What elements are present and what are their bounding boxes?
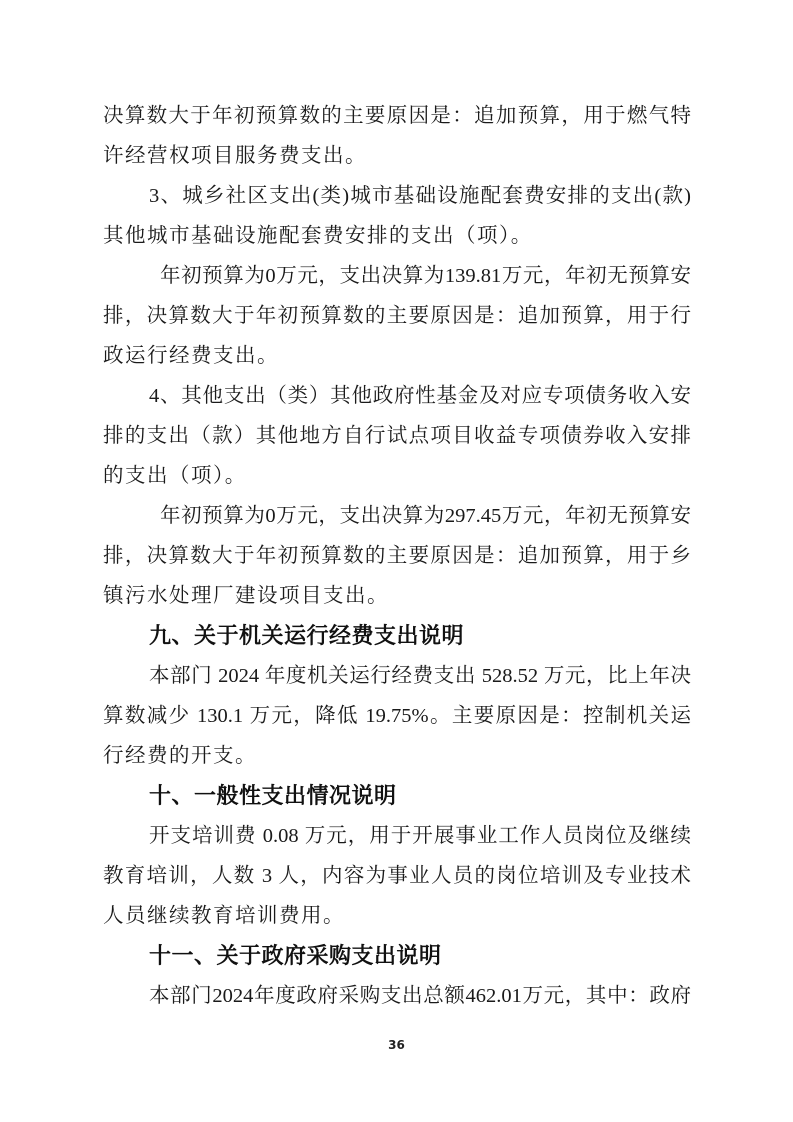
text-line: 其他城市基础设施配套费安排的支出（项）。 <box>103 216 691 256</box>
text-line: 镇污水处理厂建设项目支出。 <box>103 576 691 616</box>
text-line: 行经费的开支。 <box>103 736 691 776</box>
text-line: 年初预算为0万元，支出决算为139.81万元，年初无预算安 <box>103 256 691 296</box>
text-line: 年初预算为0万元，支出决算为297.45万元，年初无预算安 <box>103 496 691 536</box>
text-line: 本部门2024年度政府采购支出总额462.01万元，其中：政府 <box>103 976 691 1016</box>
text-line: 决算数大于年初预算数的主要原因是：追加预算，用于燃气特 <box>103 96 691 136</box>
text-line: 的支出（项）。 <box>103 456 691 496</box>
section-heading: 十、一般性支出情况说明 <box>103 776 691 816</box>
text-line: 4、其他支出（类）其他政府性基金及对应专项债务收入安 <box>103 376 691 416</box>
text-line: 本部门 2024 年度机关运行经费支出 528.52 万元，比上年决 <box>103 656 691 696</box>
text-line: 政运行经费支出。 <box>103 336 691 376</box>
section-heading: 十一、关于政府采购支出说明 <box>103 936 691 976</box>
text-line: 算数减少 130.1 万元，降低 19.75%。主要原因是：控制机关运 <box>103 696 691 736</box>
text-line: 排的支出（款）其他地方自行试点项目收益专项债券收入安排 <box>103 416 691 456</box>
text-line: 许经营权项目服务费支出。 <box>103 136 691 176</box>
document-page: 决算数大于年初预算数的主要原因是：追加预算，用于燃气特许经营权项目服务费支出。3… <box>0 0 793 1122</box>
text-line: 排，决算数大于年初预算数的主要原因是：追加预算，用于乡 <box>103 536 691 576</box>
text-line: 教育培训，人数 3 人，内容为事业人员的岗位培训及专业技术 <box>103 856 691 896</box>
page-footer: 36 <box>0 1036 793 1054</box>
text-line: 开支培训费 0.08 万元，用于开展事业工作人员岗位及继续 <box>103 816 691 856</box>
text-line: 排，决算数大于年初预算数的主要原因是：追加预算，用于行 <box>103 296 691 336</box>
document-body: 决算数大于年初预算数的主要原因是：追加预算，用于燃气特许经营权项目服务费支出。3… <box>103 96 691 1016</box>
text-line: 人员继续教育培训费用。 <box>103 896 691 936</box>
page-number: 36 <box>388 1038 405 1052</box>
text-line: 3、城乡社区支出(类)城市基础设施配套费安排的支出(款) <box>103 176 691 216</box>
section-heading: 九、关于机关运行经费支出说明 <box>103 616 691 656</box>
